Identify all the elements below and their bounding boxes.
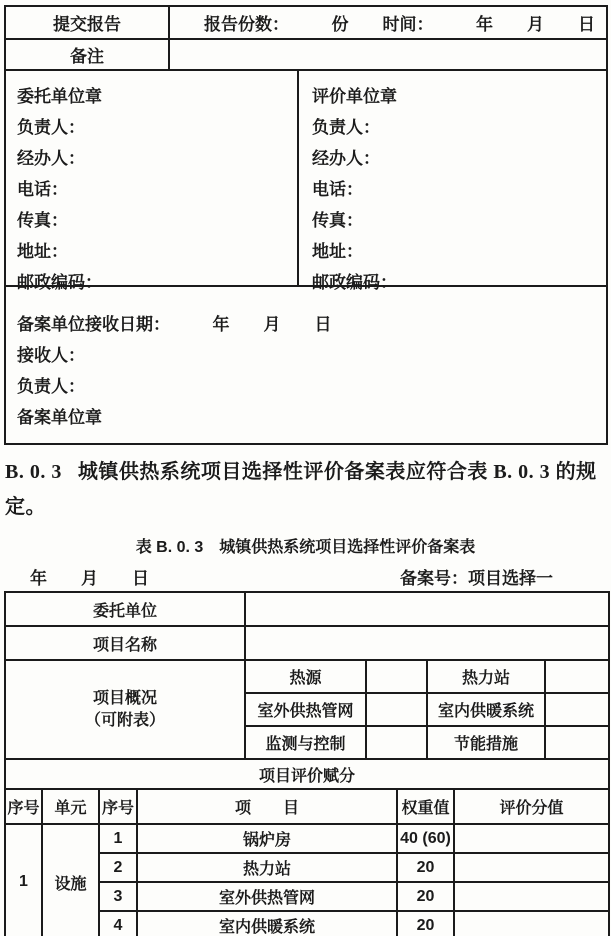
client-postcode-label: 邮政编码： <box>17 267 297 298</box>
table-date-fields: 年 月 日 <box>30 564 149 588</box>
energy-saving-label: 节能措施 <box>427 726 545 759</box>
overview-title-line1: 项目概况 <box>6 688 244 710</box>
item-score <box>454 824 609 853</box>
record-number: 备案号：项目选择一 <box>400 564 553 588</box>
heat-station-value <box>545 660 609 693</box>
clause-b03-paragraph: B. 0. 3城镇供热系统项目选择性评价备案表应符合表 B. 0. 3 的规定。 <box>5 455 607 525</box>
submit-report-table: 提交报告 报告份数： 份 时间： 年 月 日 备注 <box>4 5 608 71</box>
evaluator-stamp-block: 评价单位章 负责人： 经办人： 电话： 传真： 地址： 邮政编码： <box>299 71 606 285</box>
outdoor-network-label: 室外供热管网 <box>245 693 366 726</box>
stamp-section: 委托单位章 负责人： 经办人： 电话： 传真： 地址： 邮政编码： 评价单位章 … <box>4 69 608 287</box>
client-unit-row: 委托单位 <box>5 592 609 626</box>
table-b03: 委托单位 项目名称 项目概况 （可附表） 热源 热力站 室外供热管网 <box>4 591 610 936</box>
item-no: 3 <box>99 882 137 911</box>
scoring-header-row: 序号 单元 序号 项 目 权重值 评价分值 <box>5 789 609 824</box>
col-header-unit: 单元 <box>42 789 99 824</box>
receiver-label: 接收人： <box>17 340 606 371</box>
evaluator-address-label: 地址： <box>312 236 606 267</box>
item-score <box>454 911 609 936</box>
document-page: 提交报告 报告份数： 份 时间： 年 月 日 备注 委托单位章 负责人： 经办人… <box>0 5 611 936</box>
col-header-item: 项 目 <box>137 789 397 824</box>
submit-report-label: 提交报告 <box>6 7 170 38</box>
client-handler-label: 经办人： <box>17 143 297 174</box>
monitoring-control-label: 监测与控制 <box>245 726 366 759</box>
indoor-system-value <box>545 693 609 726</box>
item-weight: 20 <box>397 911 454 936</box>
item-weight: 20 <box>397 882 454 911</box>
project-overview-label: 项目概况 （可附表） <box>5 660 245 759</box>
client-fax-label: 传真： <box>17 205 297 236</box>
col-header-subserial: 序号 <box>99 789 137 824</box>
overview-row-1: 项目概况 （可附表） 热源 热力站 <box>5 660 609 693</box>
clause-number: B. 0. 3 <box>5 461 62 483</box>
item-no: 2 <box>99 853 137 882</box>
client-unit-label: 委托单位 <box>5 592 245 626</box>
scoring-title: 项目评价赋分 <box>5 759 609 789</box>
filing-unit-stamp-label: 备案单位章 <box>17 402 606 433</box>
item-name: 室内供暖系统 <box>137 911 397 936</box>
client-phone-label: 电话： <box>17 174 297 205</box>
client-stamp-block: 委托单位章 负责人： 经办人： 电话： 传真： 地址： 邮政编码： <box>6 71 299 285</box>
filing-receipt-section: 备案单位接收日期： 年 月 日 接收人： 负责人： 备案单位章 <box>4 285 608 445</box>
col-header-weight: 权重值 <box>397 789 454 824</box>
evaluator-phone-label: 电话： <box>312 174 606 205</box>
receipt-date-line: 备案单位接收日期： 年 月 日 <box>17 309 606 340</box>
outdoor-network-value <box>366 693 427 726</box>
energy-saving-value <box>545 726 609 759</box>
project-name-row: 项目名称 <box>5 626 609 660</box>
item-no: 4 <box>99 911 137 936</box>
col-header-serial: 序号 <box>5 789 42 824</box>
item-score <box>454 853 609 882</box>
table-date-line: 年 月 日 备案号：项目选择一 <box>0 564 611 588</box>
col-header-score: 评价分值 <box>454 789 609 824</box>
remarks-row: 备注 <box>6 38 606 69</box>
monitoring-control-value <box>366 726 427 759</box>
table-b03-caption: 表 B. 0. 3 城镇供热系统项目选择性评价备案表 <box>0 534 611 557</box>
receipt-responsible-label: 负责人： <box>17 371 606 402</box>
evaluator-responsible-label: 负责人： <box>312 112 606 143</box>
item-name: 锅炉房 <box>137 824 397 853</box>
group-serial: 1 <box>5 824 42 936</box>
heat-source-label: 热源 <box>245 660 366 693</box>
evaluator-postcode-label: 邮政编码： <box>312 267 606 298</box>
group-unit-name: 设施 <box>42 824 99 936</box>
remarks-value <box>170 40 606 69</box>
clause-text: 城镇供热系统项目选择性评价备案表应符合表 B. 0. 3 的规定。 <box>5 461 597 518</box>
submit-report-row: 提交报告 报告份数： 份 时间： 年 月 日 <box>6 7 606 38</box>
item-name: 室外供热管网 <box>137 882 397 911</box>
client-unit-value <box>245 592 609 626</box>
item-name: 热力站 <box>137 853 397 882</box>
evaluator-stamp-title: 评价单位章 <box>312 81 606 112</box>
item-no: 1 <box>99 824 137 853</box>
item-row-boiler: 1 设施 1 锅炉房 40 (60) <box>5 824 609 853</box>
item-weight: 20 <box>397 853 454 882</box>
evaluator-fax-label: 传真： <box>312 205 606 236</box>
project-name-label: 项目名称 <box>5 626 245 660</box>
overview-title-line2: （可附表） <box>6 710 244 732</box>
report-copies-time-line: 报告份数： 份 时间： 年 月 日 <box>170 7 606 38</box>
client-responsible-label: 负责人： <box>17 112 297 143</box>
client-address-label: 地址： <box>17 236 297 267</box>
project-name-value <box>245 626 609 660</box>
heat-station-label: 热力站 <box>427 660 545 693</box>
remarks-label: 备注 <box>6 40 170 69</box>
client-stamp-title: 委托单位章 <box>17 81 297 112</box>
evaluator-handler-label: 经办人： <box>312 143 606 174</box>
item-weight: 40 (60) <box>397 824 454 853</box>
scoring-title-row: 项目评价赋分 <box>5 759 609 789</box>
heat-source-value <box>366 660 427 693</box>
item-score <box>454 882 609 911</box>
indoor-system-label: 室内供暖系统 <box>427 693 545 726</box>
